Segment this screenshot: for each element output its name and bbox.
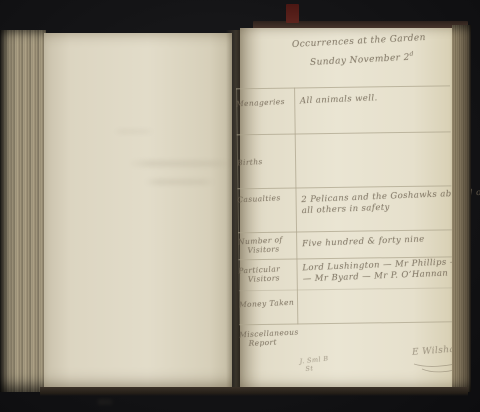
table-row-menageries: Menageries All animals well. [236, 85, 451, 134]
table-row-particular-visitors: ParticularVisitors Lord Lushington — Mr … [238, 256, 452, 290]
row-entry: All animals well. [293, 83, 451, 135]
row-label: MiscellaneousReport [239, 322, 299, 365]
clerk-initials: J. Sml B St [299, 355, 329, 374]
left-page-edge-stack [0, 30, 46, 392]
table-row-money-taken: Money Taken [239, 287, 453, 324]
ink-showthrough-mark [114, 129, 154, 134]
occurrence-table: Menageries All animals well. Births Casu… [237, 25, 458, 390]
ledger-page: Occurrences at the Garden Sunday Novembe… [240, 28, 456, 390]
ink-showthrough-mark [144, 179, 216, 185]
table-row-births: Births [237, 131, 452, 188]
row-label: Number ofVisitors [238, 231, 297, 261]
left-blank-page [44, 33, 232, 387]
ink-showthrough-mark [128, 160, 232, 167]
row-label: Money Taken [238, 288, 298, 325]
row-entry [294, 129, 452, 189]
row-label: Casualties [237, 187, 297, 234]
right-page-edge-stack [452, 25, 471, 392]
row-label: Menageries [235, 87, 295, 136]
photo-background: Occurrences at the Garden Sunday Novembe… [0, 0, 480, 412]
row-label: Births [236, 133, 297, 190]
row-label: ParticularVisitors [238, 257, 297, 291]
page-corner-smudge [96, 399, 114, 405]
table-row-casualties: Casualties 2 Pelicans and the Goshawks a… [237, 185, 452, 232]
red-binding-tab [286, 4, 299, 23]
book-bottom-edge [40, 387, 468, 396]
